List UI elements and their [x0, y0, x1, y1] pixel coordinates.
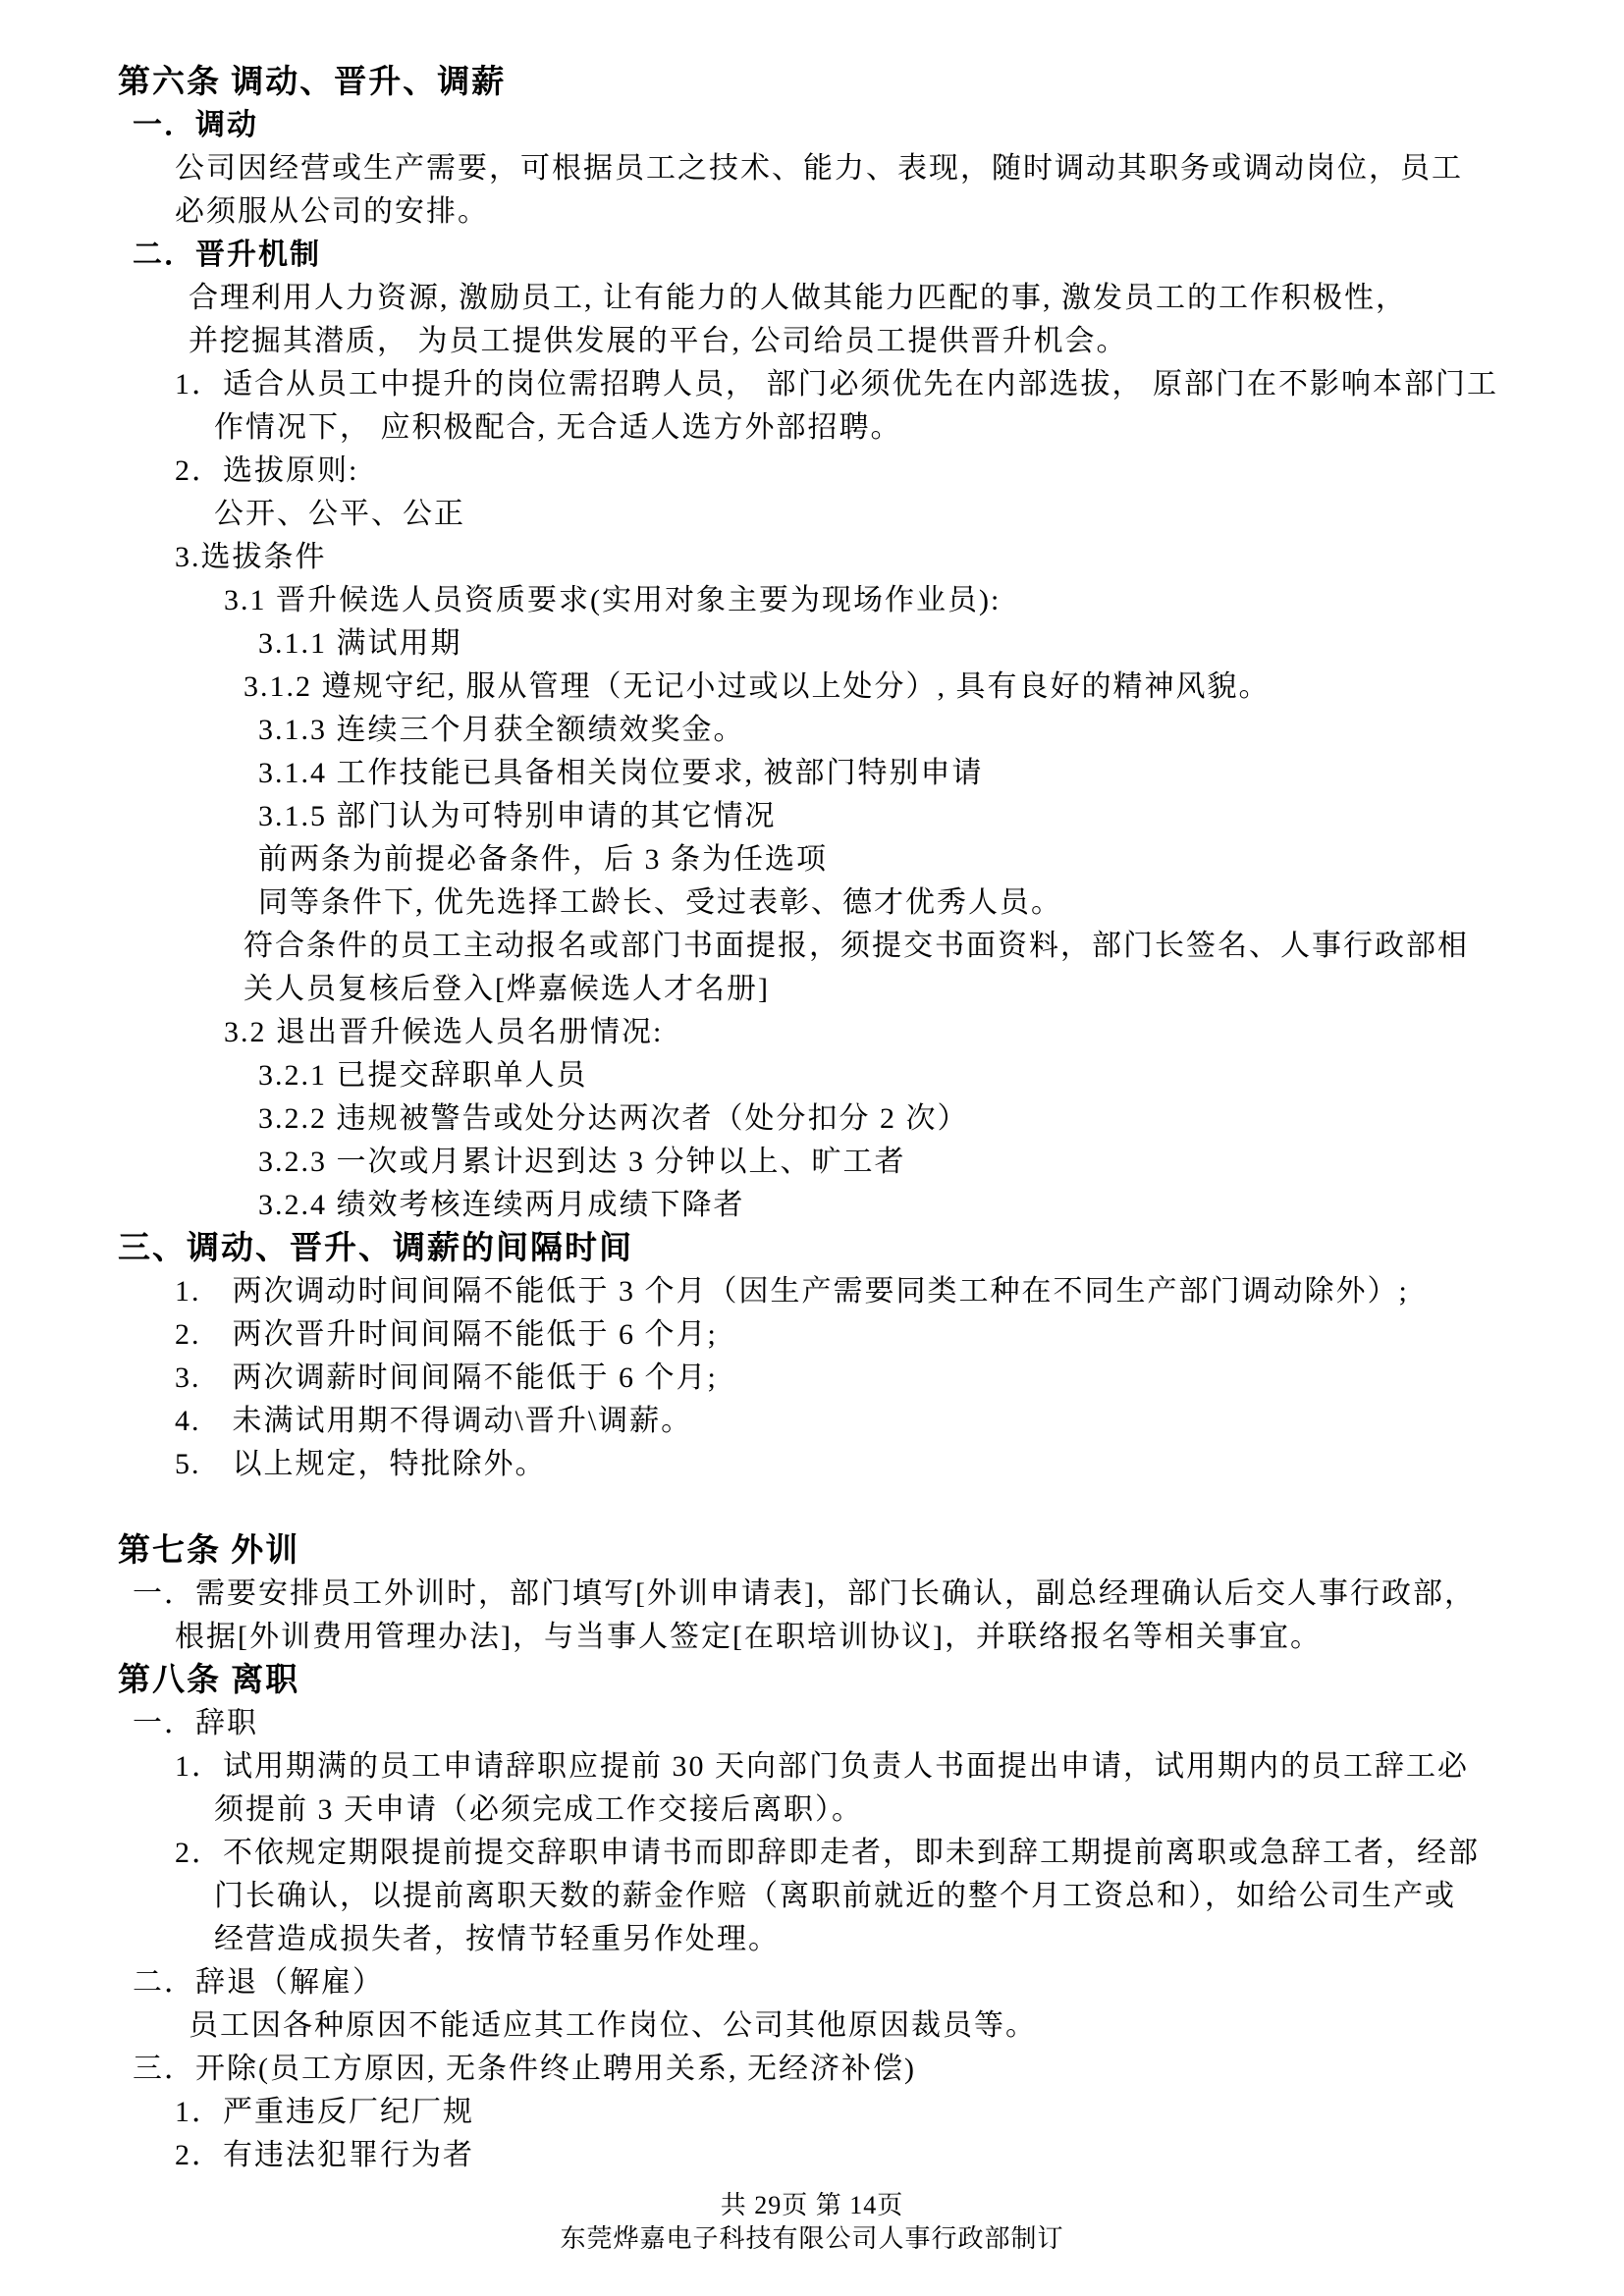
text-line: 3.1 晋升候选人员资质要求(实用对象主要为现场作业员):	[118, 579, 1589, 622]
text-line: 并挖掘其潜质， 为员工提供发展的平台, 公司给员工提供晋升机会。	[118, 320, 1589, 363]
text-line: 2. 两次晋升时间间隔不能低于 6 个月;	[118, 1313, 1589, 1357]
section-heading: 第六条 调动、晋升、调薪	[118, 61, 1589, 104]
text-line: 符合条件的员工主动报名或部门书面提报，须提交书面资料，部门长签名、人事行政部相	[118, 925, 1589, 968]
text-line: 2．选拔原则:	[118, 450, 1589, 493]
footer-issuer: 东莞烨嘉电子科技有限公司人事行政部制订	[0, 2222, 1624, 2256]
text-line: 3. 两次调薪时间间隔不能低于 6 个月;	[118, 1357, 1589, 1400]
text-line: 4. 未满试用期不得调动\晋升\调薪。	[118, 1400, 1589, 1443]
text-line: 二．辞退（解雇）	[118, 1961, 1589, 2004]
text-line: 关人员复核后登入[烨嘉候选人才名册]	[118, 968, 1589, 1011]
text-line: 一．辞职	[118, 1702, 1589, 1745]
text-line: 公开、公平、公正	[118, 493, 1589, 536]
text-line: 1．适合从员工中提升的岗位需招聘人员， 部门必须优先在内部选拔， 原部门在不影响…	[118, 363, 1589, 406]
text-line: 合理利用人力资源, 激励员工, 让有能力的人做其能力匹配的事, 激发员工的工作积…	[118, 277, 1589, 320]
section-heading: 第七条 外训	[118, 1529, 1589, 1573]
text-line: 根据[外训费用管理办法]，与当事人签定[在职培训协议]，并联络报名等相关事宜。	[118, 1616, 1589, 1659]
text-line: 须提前 3 天申请（必须完成工作交接后离职）。	[118, 1789, 1589, 1832]
text-line: 2．不依规定期限提前提交辞职申请书而即辞即走者，即未到辞工期提前离职或急辞工者，…	[118, 1832, 1589, 1875]
text-line: 3.2.2 违规被警告或处分达两次者（处分扣分 2 次）	[118, 1097, 1589, 1141]
text-line: 门长确认，以提前离职天数的薪金作赔（离职前就近的整个月工资总和），如给公司生产或	[118, 1875, 1589, 1918]
section-heading: 第八条 离职	[118, 1659, 1589, 1702]
text-line: 3.选拔条件	[118, 536, 1589, 579]
text-line: 公司因经营或生产需要，可根据员工之技术、能力、表现，随时调动其职务或调动岗位，员…	[118, 147, 1589, 190]
text-line: 3.2 退出晋升候选人员名册情况:	[118, 1011, 1589, 1054]
text-line: 3.2.1 已提交辞职单人员	[118, 1054, 1589, 1097]
text-line: 经营造成损失者，按情节轻重另作处理。	[118, 1918, 1589, 1961]
text-line: 三．开除(员工方原因, 无条件终止聘用关系, 无经济补偿)	[118, 2048, 1589, 2091]
text-line: 3.1.1 满试用期	[118, 622, 1589, 666]
text-line: 1．试用期满的员工申请辞职应提前 30 天向部门负责人书面提出申请，试用期内的员…	[118, 1745, 1589, 1789]
text-line: 一．需要安排员工外训时，部门填写[外训申请表]，部门长确认，副总经理确认后交人事…	[118, 1573, 1589, 1616]
document-page: 第六条 调动、晋升、调薪一．调动公司因经营或生产需要，可根据员工之技术、能力、表…	[0, 0, 1624, 2296]
page-footer: 共 29页 第 14页 东莞烨嘉电子科技有限公司人事行政部制订	[0, 2189, 1624, 2256]
text-line: 3.1.4 工作技能已具备相关岗位要求, 被部门特别申请	[118, 752, 1589, 795]
text-line: 前两条为前提必备条件，后 3 条为任选项	[118, 838, 1589, 881]
text-line: 3.1.2 遵规守纪, 服从管理（无记小过或以上处分）, 具有良好的精神风貌。	[118, 666, 1589, 709]
section-heading: 三、调动、晋升、调薪的间隔时间	[118, 1227, 1589, 1270]
document-content: 第六条 调动、晋升、调薪一．调动公司因经营或生产需要，可根据员工之技术、能力、表…	[118, 61, 1589, 2177]
text-line: 1. 两次调动时间间隔不能低于 3 个月（因生产需要同类工种在不同生产部门调动除…	[118, 1270, 1589, 1313]
text-line: 3.1.3 连续三个月获全额绩效奖金。	[118, 709, 1589, 752]
text-line: 3.2.4 绩效考核连续两月成绩下降者	[118, 1184, 1589, 1227]
text-line: 二．晋升机制	[118, 234, 1589, 277]
text-line: 员工因各种原因不能适应其工作岗位、公司其他原因裁员等。	[118, 2004, 1589, 2048]
text-line: 5. 以上规定，特批除外。	[118, 1443, 1589, 1486]
footer-page-info: 共 29页 第 14页	[0, 2189, 1624, 2222]
text-line: 2．有违法犯罪行为者	[118, 2134, 1589, 2177]
text-line: 3.2.3 一次或月累计迟到达 3 分钟以上、旷工者	[118, 1141, 1589, 1184]
text-line: 1．严重违反厂纪厂规	[118, 2091, 1589, 2134]
text-line: 3.1.5 部门认为可特别申请的其它情况	[118, 795, 1589, 838]
text-line: 必须服从公司的安排。	[118, 190, 1589, 234]
text-line: 作情况下， 应积极配合, 无合适人选方外部招聘。	[118, 406, 1589, 450]
text-line: 一．调动	[118, 104, 1589, 147]
text-line: 同等条件下, 优先选择工龄长、受过表彰、德才优秀人员。	[118, 881, 1589, 925]
